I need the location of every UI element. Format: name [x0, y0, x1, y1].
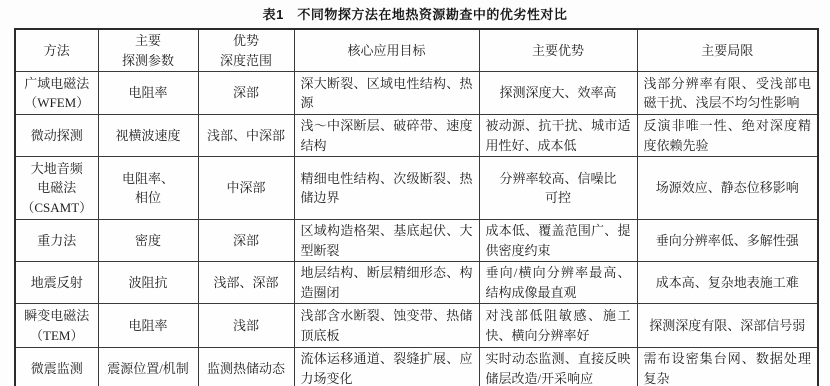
cell-parameter: 密度 [98, 220, 198, 262]
cell-limitation: 浅部分辨率有限、受浅部电磁干扰、浅层不均匀性影响 [637, 72, 818, 115]
col-header-core-target: 核心应用目标 [294, 29, 479, 72]
col-header-advantage: 主要优势 [479, 29, 637, 72]
cell-method: 重力法 [15, 220, 98, 262]
cell-advantage: 实时动态监测、直接反映储层改造/开采响应 [479, 348, 637, 386]
cell-limitation: 反演非唯一性、绝对深度精度依赖先验 [637, 115, 818, 157]
cell-core-target: 浅～中深断层、破碎带、速度结构 [294, 115, 479, 157]
paper-page: 表1 不同物探方法在地热资源勘查中的优劣性对比 方法 主要 探测参数 优势 深度… [0, 0, 830, 386]
table-row-gravity: 重力法 密度 深部 区域构造格架、基底起伏、大型断裂 成本低、覆盖范围广、提供密… [15, 220, 818, 262]
cell-core-target: 地层结构、断层精细形态、构造圈闭 [294, 262, 479, 304]
table-row-csamt: 大地音频 电磁法 （CSAMT） 电阻率、 相位 中深部 精细电性结构、次级断裂… [15, 157, 818, 220]
col-header-parameter: 主要 探测参数 [98, 29, 198, 72]
cell-advantage: 被动源、抗干扰、城市适用性好、成本低 [479, 115, 637, 157]
col-header-depth-range: 优势 深度范围 [198, 29, 294, 72]
cell-advantage: 垂向/横向分辨率最高、结构成像最直观 [479, 262, 637, 304]
table-row-microtremor: 微动探测 视横波速度 浅部、中深部 浅～中深断层、破碎带、速度结构 被动源、抗干… [15, 115, 818, 157]
cell-depth-range: 监测热储动态 [198, 348, 294, 386]
cell-core-target: 浅部含水断裂、蚀变带、热储顶底板 [294, 304, 479, 348]
cell-advantage: 分辨率较高、信噪比 可控 [479, 157, 637, 220]
cell-core-target: 深大断裂、区域电性结构、热源 [294, 72, 479, 115]
cell-depth-range: 浅部 [198, 304, 294, 348]
cell-limitation: 垂向分辨率低、多解性强 [637, 220, 818, 262]
table-caption: 表1 不同物探方法在地热资源勘查中的优劣性对比 [0, 4, 830, 23]
cell-method: 微震监测 [15, 348, 98, 386]
cell-limitation: 探测深度有限、深部信号弱 [637, 304, 818, 348]
cell-advantage: 对浅部低阻敏感、施工快、横向分辨率好 [479, 304, 637, 348]
cell-parameter: 电阻率、 相位 [98, 157, 198, 220]
cell-parameter: 电阻率 [98, 72, 198, 115]
cell-depth-range: 深部 [198, 220, 294, 262]
cell-core-target: 精细电性结构、次级断裂、热储边界 [294, 157, 479, 220]
cell-parameter: 波阻抗 [98, 262, 198, 304]
cell-method: 广域电磁法 （WFEM） [15, 72, 98, 115]
cell-depth-range: 深部 [198, 72, 294, 115]
table-row-wfem: 广域电磁法 （WFEM） 电阻率 深部 深大断裂、区域电性结构、热源 探测深度大… [15, 72, 818, 115]
cell-method: 微动探测 [15, 115, 98, 157]
cell-method: 瞬变电磁法 （TEM） [15, 304, 98, 348]
cell-advantage: 成本低、覆盖范围广、提供密度约束 [479, 220, 637, 262]
table-row-seismic-reflection: 地震反射 波阻抗 浅部、深部 地层结构、断层精细形态、构造圈闭 垂向/横向分辨率… [15, 262, 818, 304]
cell-parameter: 视横波速度 [98, 115, 198, 157]
col-header-method: 方法 [15, 29, 98, 72]
table-row-microseismic: 微震监测 震源位置/机制 监测热储动态 流体运移通道、裂缝扩展、应力场变化 实时… [15, 348, 818, 386]
cell-core-target: 流体运移通道、裂缝扩展、应力场变化 [294, 348, 479, 386]
header-row: 方法 主要 探测参数 优势 深度范围 核心应用目标 主要优势 主要局限 [15, 29, 818, 72]
cell-limitation: 需布设密集台网、数据处理复杂 [637, 348, 818, 386]
cell-parameter: 电阻率 [98, 304, 198, 348]
cell-limitation: 成本高、复杂地表施工难 [637, 262, 818, 304]
comparison-table: 方法 主要 探测参数 优势 深度范围 核心应用目标 主要优势 主要局限 广域电磁… [14, 28, 819, 386]
cell-depth-range: 浅部、深部 [198, 262, 294, 304]
cell-depth-range: 中深部 [198, 157, 294, 220]
cell-core-target: 区域构造格架、基底起伏、大型断裂 [294, 220, 479, 262]
cell-method: 地震反射 [15, 262, 98, 304]
col-header-limitation: 主要局限 [637, 29, 818, 72]
cell-advantage: 探测深度大、效率高 [479, 72, 637, 115]
cell-depth-range: 浅部、中深部 [198, 115, 294, 157]
cell-limitation: 场源效应、静态位移影响 [637, 157, 818, 220]
table-row-tem: 瞬变电磁法 （TEM） 电阻率 浅部 浅部含水断裂、蚀变带、热储顶底板 对浅部低… [15, 304, 818, 348]
cell-method: 大地音频 电磁法 （CSAMT） [15, 157, 98, 220]
cell-parameter: 震源位置/机制 [98, 348, 198, 386]
